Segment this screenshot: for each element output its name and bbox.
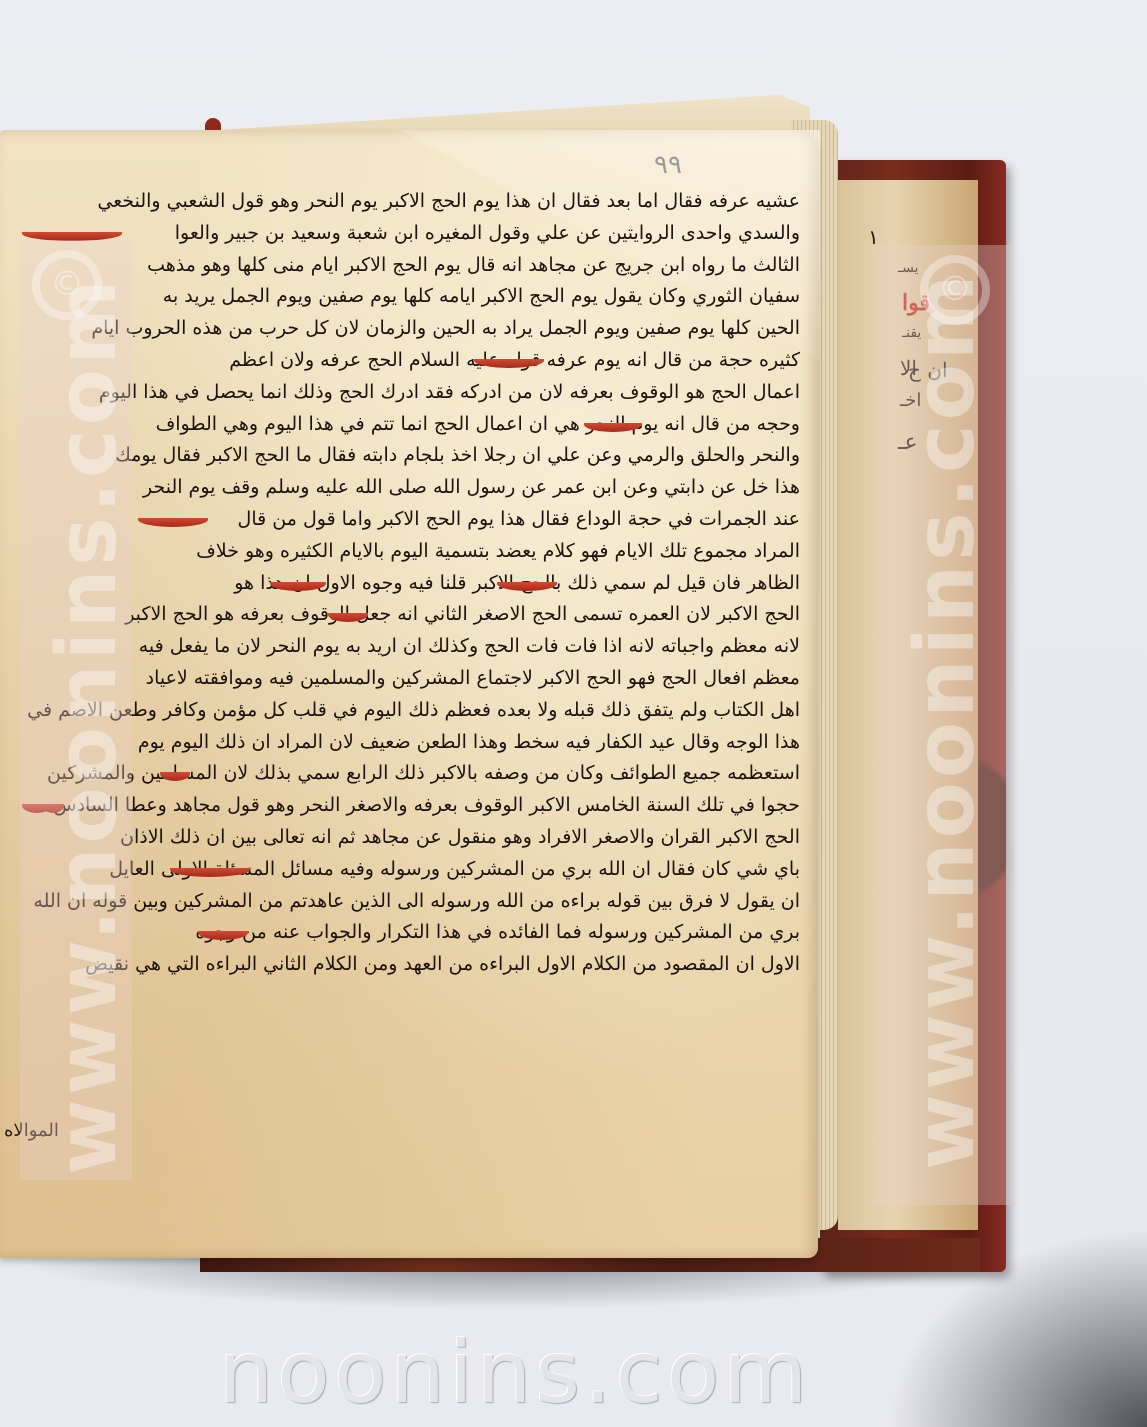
- red-rubric-mark: [138, 518, 208, 527]
- manuscript-line: الحج الاكبر القران والاصغر الافراد وهو م…: [22, 822, 800, 854]
- manuscript-line: وحجه من قال انه يوم النحر هي ان اعمال ال…: [22, 409, 800, 441]
- manuscript-line: المراد مجموع تلك الايام فهو كلام يعضد بت…: [22, 536, 800, 568]
- manuscript-line: هذا خل عن دابتي وعن ابن عمر عن رسول الله…: [22, 472, 800, 504]
- manuscript-line: عشيه عرفه فقال اما بعد فقال ان هذا يوم ا…: [22, 186, 800, 218]
- manuscript-line: هذا الوجه وقال عيد الكفار فيه سخط وهذا ا…: [22, 727, 800, 759]
- manuscript-line: حجوا في تلك السنة الخامس الاكبر الوقوف ب…: [22, 790, 800, 822]
- manuscript-text: عشيه عرفه فقال اما بعد فقال ان هذا يوم ا…: [22, 186, 800, 981]
- manuscript-line: والسدي واحدى الروايتين عن علي وقول المغي…: [22, 218, 800, 250]
- manuscript-line: كثيره حجة من قال انه يوم عرفه قوله عليه …: [22, 345, 800, 377]
- manuscript-line: الثالث ما رواه ابن جريج عن مجاهد انه قال…: [22, 250, 800, 282]
- watermark-vertical-right: www.noonins.com: [898, 271, 993, 1170]
- manuscript-line: الظاهر فان قيل لم سمي ذلك بالحج الاكبر ق…: [22, 568, 800, 600]
- manuscript-line: والنحر والحلق والرمي وعن علي ان رجلا اخذ…: [22, 440, 800, 472]
- manuscript-line: معظم افعال الحج فهو الحج الاكبر لاجتماع …: [22, 663, 800, 695]
- manuscript-line: سفيان الثوري وكان يقول يوم الحج الاكبر ا…: [22, 281, 800, 313]
- manuscript-line: اعمال الحج هو الوقوف بعرفه لان من ادركه …: [22, 377, 800, 409]
- manuscript-line: باي شي كان فقال ان الله بري من المشركين …: [22, 854, 800, 886]
- manuscript-line: الحين كلها يوم صفين ويوم الجمل يراد به ا…: [22, 313, 800, 345]
- manuscript-line: لانه معظم واجباته لانه اذا فات فات الحج …: [22, 631, 800, 663]
- manuscript-line: بري من المشركين ورسوله فما الفائده في هذ…: [22, 917, 800, 949]
- folio-number: ٩٩: [654, 150, 682, 180]
- watermark-vertical-left: www.noonins.com: [40, 276, 135, 1175]
- manuscript-line: اهل الكتاب ولم يتفق ذلك قبله ولا بعده فع…: [22, 695, 800, 727]
- watermark-bottom: noonins.com: [205, 1323, 825, 1423]
- manuscript-line: الحج الاكبر لان العمره تسمى الحج الاصغر …: [22, 599, 800, 631]
- manuscript-line: ان يقول لا فرق بين قوله براءه من الله ور…: [22, 886, 800, 918]
- manuscript-line: استعظمه جميع الطوائف وكان من وصفه بالاكب…: [22, 758, 800, 790]
- manuscript-line: عند الجمرات في حجة الوداع فقال هذا يوم ا…: [22, 504, 800, 536]
- manuscript-line: الاول ان المقصود من الكلام الاول البراءه…: [22, 949, 800, 981]
